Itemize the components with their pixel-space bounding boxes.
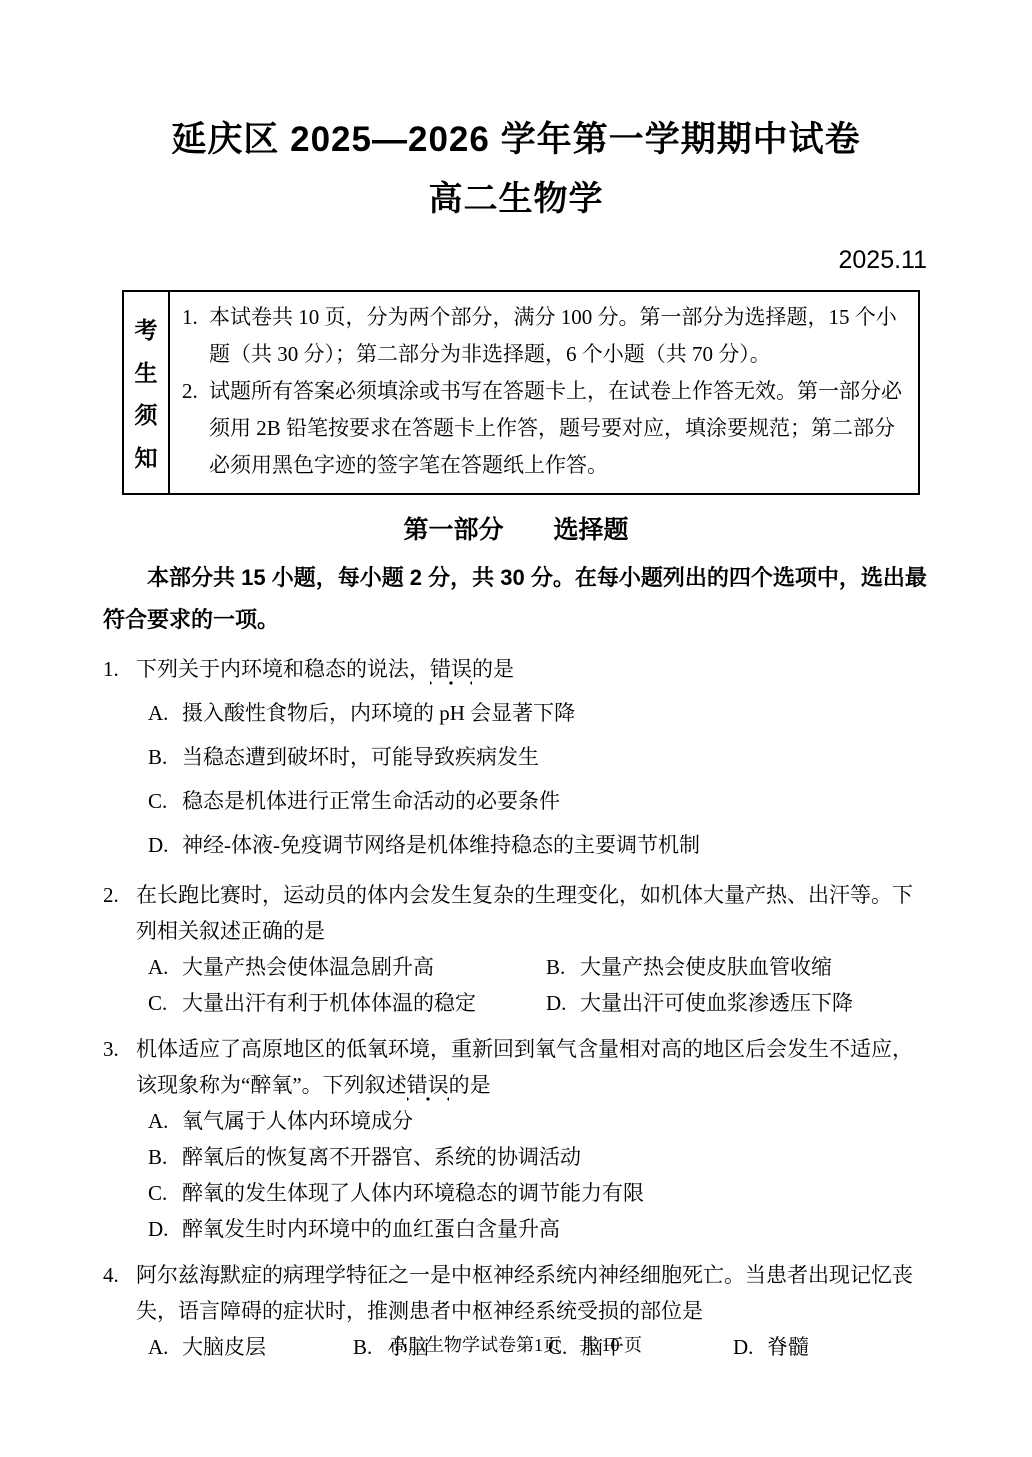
- option-label: B.: [546, 949, 580, 985]
- question-2-stem: 2.在长跑比赛时，运动员的体内会发生复杂的生理变化，如机体大量产热、出汗等。下列…: [103, 877, 929, 949]
- stem-text: 机体适应了高原地区的低氧环境，重新回到氧气含量相对高的地区后会发生不适应，该现象…: [136, 1037, 913, 1097]
- question-1: 1.下列关于内环境和稳态的说法，错误的是 A.摄入酸性食物后，内环境的 pH 会…: [103, 647, 929, 867]
- option-d: D.神经-体液-免疫调节网络是机体维持稳态的主要调节机制: [148, 823, 929, 867]
- option-text: 醉氧后的恢复离不开器官、系统的协调活动: [182, 1145, 581, 1169]
- stem-text: 下列关于内环境和稳态的说法，: [136, 657, 430, 681]
- option-label: A.: [148, 1103, 182, 1139]
- option-text: 氧气属于人体内环境成分: [182, 1109, 413, 1133]
- candidate-notice-box: 考 生 须 知 1.本试卷共 10 页，分为两个部分，满分 100 分。第一部分…: [122, 290, 920, 495]
- notice-side-char: 知: [135, 440, 158, 473]
- option-c: C.大量出汗有利于机体体温的稳定: [148, 985, 546, 1021]
- option-c: C.稳态是机体进行正常生命活动的必要条件: [148, 779, 929, 823]
- question-3-options: A.氧气属于人体内环境成分 B.醉氧后的恢复离不开器官、系统的协调活动 C.醉氧…: [148, 1103, 929, 1247]
- question-2-options: A.大量产热会使体温急剧升高 B.大量产热会使皮肤血管收缩 C.大量出汗有利于机…: [148, 949, 929, 1021]
- option-a: A.摄入酸性食物后，内环境的 pH 会显著下降: [148, 691, 929, 735]
- stem-emphasized-text: 错误: [407, 1073, 449, 1102]
- question-1-stem: 1.下列关于内环境和稳态的说法，错误的是: [103, 647, 929, 691]
- option-text: 大量出汗可使血浆渗透压下降: [580, 991, 853, 1015]
- option-a: A.大量产热会使体温急剧升高: [148, 949, 546, 985]
- option-b: B.大量产热会使皮肤血管收缩: [546, 949, 929, 985]
- option-c: C.醉氧的发生体现了人体内环境稳态的调节能力有限: [148, 1175, 929, 1211]
- section-one-header: 第一部分 选择题: [103, 495, 929, 547]
- notice-item-number: 2.: [182, 373, 209, 410]
- question-3: 3.机体适应了高原地区的低氧环境，重新回到氧气含量相对高的地区后会发生不适应，该…: [103, 1031, 929, 1247]
- stem-text: 在长跑比赛时，运动员的体内会发生复杂的生理变化，如机体大量产热、出汗等。下列相关…: [136, 883, 913, 943]
- option-label: B.: [148, 1139, 182, 1175]
- option-text: 稳态是机体进行正常生命活动的必要条件: [182, 789, 560, 813]
- notice-item-number: 1.: [182, 299, 209, 336]
- option-text: 大量产热会使皮肤血管收缩: [580, 955, 832, 979]
- option-label: B.: [148, 735, 182, 779]
- notice-item-text: 本试卷共 10 页，分为两个部分，满分 100 分。第一部分为选择题，15 个小…: [209, 305, 897, 366]
- notice-body: 1.本试卷共 10 页，分为两个部分，满分 100 分。第一部分为选择题，15 …: [170, 292, 918, 493]
- question-number: 3.: [103, 1031, 136, 1067]
- notice-item-2: 2.试题所有答案必须填涂或书写在答题卡上，在试卷上作答无效。第一部分必须用 2B…: [182, 373, 910, 484]
- option-text: 醉氧的发生体现了人体内环境稳态的调节能力有限: [182, 1181, 644, 1205]
- notice-item-text: 试题所有答案必须填涂或书写在答题卡上，在试卷上作答无效。第一部分必须用 2B 铅…: [209, 379, 902, 477]
- option-label: D.: [546, 985, 580, 1021]
- question-number: 2.: [103, 877, 136, 913]
- stem-text: 阿尔兹海默症的病理学特征之一是中枢神经系统内神经细胞死亡。当患者出现记忆丧失，语…: [136, 1263, 913, 1323]
- option-label: A.: [148, 949, 182, 985]
- option-a: A.氧气属于人体内环境成分: [148, 1103, 929, 1139]
- notice-item-1: 1.本试卷共 10 页，分为两个部分，满分 100 分。第一部分为选择题，15 …: [182, 299, 910, 373]
- option-label: D.: [148, 1211, 182, 1247]
- notice-side-char: 考: [135, 312, 158, 345]
- notice-side-char: 生: [135, 355, 158, 388]
- exam-subject-title: 高二生物学: [103, 162, 929, 220]
- exam-page: 延庆区 2025—2026 学年第一学期期中试卷 高二生物学 2025.11 考…: [0, 0, 1032, 1457]
- option-text: 大量出汗有利于机体体温的稳定: [182, 991, 476, 1015]
- question-1-options: A.摄入酸性食物后，内环境的 pH 会显著下降 B.当稳态遭到破坏时，可能导致疾…: [148, 691, 929, 867]
- option-text: 摄入酸性食物后，内环境的 pH 会显著下降: [182, 701, 575, 725]
- option-label: C.: [148, 985, 182, 1021]
- question-number: 4.: [103, 1257, 136, 1293]
- stem-emphasized-text: 错误: [430, 657, 472, 686]
- exam-date: 2025.11: [103, 220, 929, 276]
- option-text: 醉氧发生时内环境中的血红蛋白含量升高: [182, 1217, 560, 1241]
- notice-side-char: 须: [135, 397, 158, 430]
- option-b: B.醉氧后的恢复离不开器官、系统的协调活动: [148, 1139, 929, 1175]
- stem-text: 的是: [472, 657, 514, 681]
- option-label: C.: [148, 1175, 182, 1211]
- option-text: 大量产热会使体温急剧升高: [182, 955, 434, 979]
- option-label: D.: [148, 823, 182, 867]
- option-text: 当稳态遭到破坏时，可能导致疾病发生: [182, 745, 539, 769]
- option-label: C.: [148, 779, 182, 823]
- question-2: 2.在长跑比赛时，运动员的体内会发生复杂的生理变化，如机体大量产热、出汗等。下列…: [103, 877, 929, 1021]
- option-d: D.大量出汗可使血浆渗透压下降: [546, 985, 929, 1021]
- question-number: 1.: [103, 647, 136, 691]
- page-footer: 高二生物学试卷第1页 共 10 页: [0, 1331, 1032, 1357]
- exam-title: 延庆区 2025—2026 学年第一学期期中试卷: [103, 0, 929, 162]
- stem-text: 的是: [449, 1073, 491, 1097]
- section-one-intro: 本部分共 15 小题，每小题 2 分，共 30 分。在每小题列出的四个选项中，选…: [103, 547, 929, 641]
- notice-side-label: 考 生 须 知: [124, 292, 170, 493]
- option-b: B.当稳态遭到破坏时，可能导致疾病发生: [148, 735, 929, 779]
- option-label: A.: [148, 691, 182, 735]
- option-d: D.醉氧发生时内环境中的血红蛋白含量升高: [148, 1211, 929, 1247]
- question-3-stem: 3.机体适应了高原地区的低氧环境，重新回到氧气含量相对高的地区后会发生不适应，该…: [103, 1031, 929, 1103]
- question-4-stem: 4.阿尔兹海默症的病理学特征之一是中枢神经系统内神经细胞死亡。当患者出现记忆丧失…: [103, 1257, 929, 1329]
- option-text: 神经-体液-免疫调节网络是机体维持稳态的主要调节机制: [182, 833, 700, 857]
